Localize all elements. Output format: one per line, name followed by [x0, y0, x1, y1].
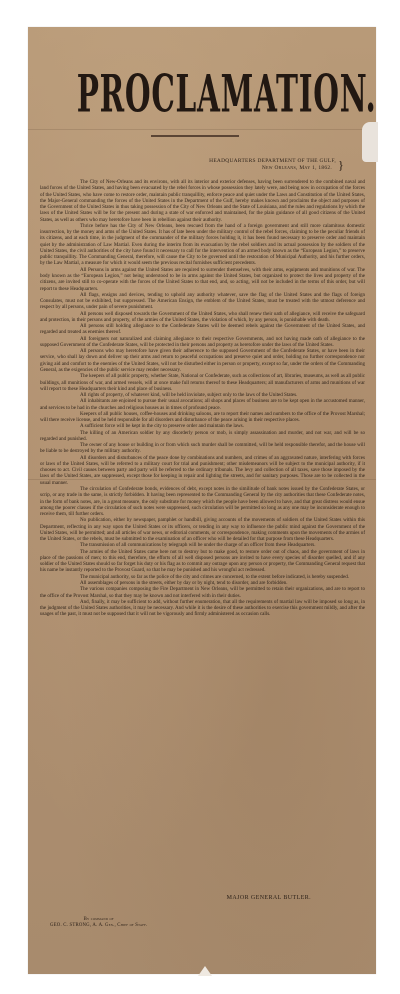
paper-tear: [198, 966, 212, 976]
title-divider: [151, 135, 239, 137]
dateline-headquarters: HEADQUARTERS DEPARTMENT OF THE GULF,: [209, 158, 336, 165]
paragraph: The killing of an American soldier by an…: [40, 430, 365, 443]
paragraph: Thrice before has the City of New Orlean…: [40, 223, 365, 267]
paragraph: All inhabitants are enjoined to pursue t…: [40, 398, 365, 411]
paragraph: And, finally, it may be sufficient to ad…: [40, 599, 365, 618]
proclamation-document: PROCLAMATION. HEADQUARTERS DEPARTMENT OF…: [28, 27, 376, 974]
paragraph: No publication, either by newspaper, pam…: [40, 517, 365, 542]
brace-glyph: }: [338, 158, 344, 172]
paragraph: The circulation of Confederate bonds, ev…: [40, 486, 365, 517]
paragraph: The owner of any house or building in or…: [40, 442, 365, 455]
paragraph: The City of New-Orleans and its environs…: [40, 179, 365, 223]
paragraph: All flags, ensigns and devices, tending …: [40, 292, 365, 311]
proclamation-body: The City of New-Orleans and its environs…: [40, 179, 365, 618]
document-title: PROCLAMATION.: [77, 64, 328, 124]
paragraph: All persons well disposed towards the Go…: [40, 311, 365, 324]
paragraph: All Persons in arms against the United S…: [40, 267, 365, 292]
paragraph: All persons who may heretofore have give…: [40, 348, 365, 373]
chief-of-staff: GEO. C. STRONG, A. A. Gen., Chief of Sta…: [50, 923, 147, 929]
paragraph: All disorders and disturbances of the pe…: [40, 455, 365, 486]
paragraph: All persons still holding allegiance to …: [40, 323, 365, 336]
paragraph: The armies of the United States came her…: [40, 549, 365, 574]
paragraph: The various companies composing the Fire…: [40, 586, 365, 599]
dateline: HEADQUARTERS DEPARTMENT OF THE GULF, New…: [209, 158, 336, 172]
fold-crease: [28, 129, 376, 130]
paper-tear: [362, 122, 378, 162]
signature: MAJOR GENERAL BUTLER.: [227, 895, 311, 901]
dateline-place-date: New Orleans, May 1, 1862.: [209, 165, 332, 172]
paragraph: All foreigners not naturalized and claim…: [40, 336, 365, 349]
command-attribution: By command of GEO. C. STRONG, A. A. Gen.…: [50, 917, 147, 929]
paragraph: Keepers of all public houses, coffee-hou…: [40, 411, 365, 424]
paragraph: The keepers of all public property, whet…: [40, 373, 365, 392]
